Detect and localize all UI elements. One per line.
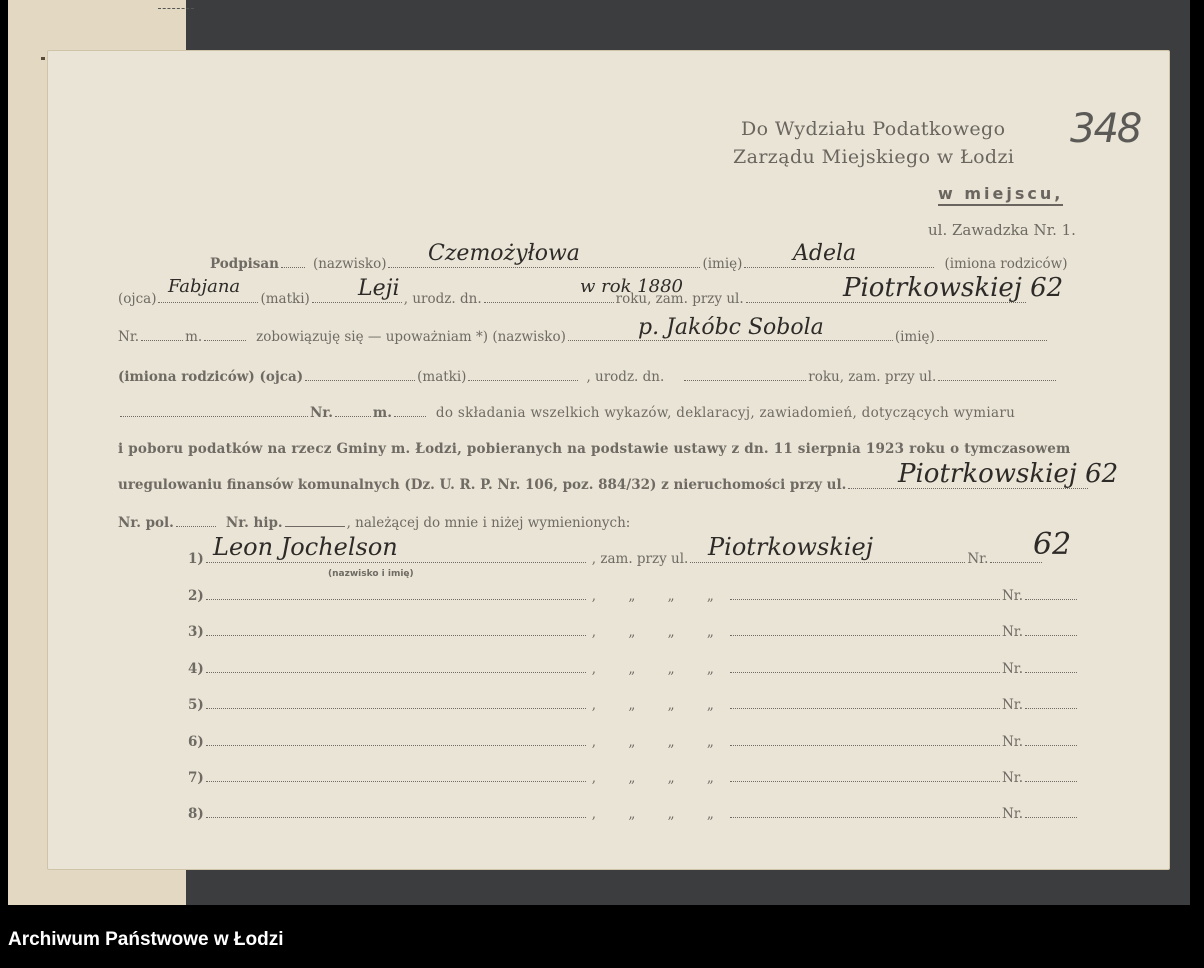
label-father: (ojca) xyxy=(118,291,156,307)
label-m: m. xyxy=(185,329,202,345)
form-row-4: (imiona rodziców) (ojca) (matki) , urodz… xyxy=(118,369,1058,385)
label-mother: (matki) xyxy=(260,291,309,307)
form-row-8: Nr. pol. Nr. hip. , należącej do mnie i … xyxy=(118,515,630,531)
form-row-3: Nr. m. zobowiązuję się — upoważniam *) (… xyxy=(118,329,1049,345)
entry-nr-label: Nr. xyxy=(1002,624,1023,640)
entry-nr-label: Nr. xyxy=(1002,806,1023,822)
header-address: ul. Zawadzka Nr. 1. xyxy=(928,221,1076,239)
entry-nr-field[interactable] xyxy=(1025,744,1077,746)
text-legal-basis: i poboru podatków na rzecz Gminy m. Łodz… xyxy=(118,441,1071,457)
list-item: 3), „ „ „Nr. xyxy=(188,624,1079,640)
entry-address-label: , „ „ „ xyxy=(592,697,728,713)
entry-index: 8) xyxy=(188,806,204,822)
entry-name-field[interactable] xyxy=(206,744,586,746)
field-father[interactable]: Fabjana xyxy=(168,276,240,297)
list-item: 4), „ „ „Nr. xyxy=(188,661,1079,677)
label-nr-pol: Nr. pol. xyxy=(118,515,174,531)
label-name: (imię) xyxy=(702,256,742,272)
entry-address-label: , „ „ „ xyxy=(592,661,728,677)
entry-street-field[interactable] xyxy=(730,816,1000,818)
label-proxy-name: (imię) xyxy=(895,329,935,345)
entry-name-field[interactable] xyxy=(206,816,586,818)
field-surname[interactable]: Czemożyłowa xyxy=(428,241,580,266)
entry-nr-field[interactable] xyxy=(1025,780,1077,782)
form-row-5: Nr. m. do składania wszelkich wykazów, d… xyxy=(118,405,1015,421)
entry-address-label: , „ „ „ xyxy=(592,770,728,786)
entry-address-label: , „ „ „ xyxy=(592,734,728,750)
label-proxy-mother: (matki) xyxy=(417,369,466,385)
entry-nr-field[interactable] xyxy=(1025,634,1077,636)
entry-nr-label: Nr. xyxy=(967,551,988,567)
header-line-1: Do Wydziału Podatkowego xyxy=(741,118,1005,140)
label-proxy-m: m. xyxy=(373,405,392,421)
entry-street-field[interactable] xyxy=(730,707,1000,709)
entry-street-field[interactable] xyxy=(730,671,1000,673)
header-line-2: Zarządu Miejskiego w Łodzi xyxy=(733,146,1014,168)
entry-index: 3) xyxy=(188,624,204,640)
label-signed: Podpisan xyxy=(210,256,279,272)
entry-address-label: , „ „ „ xyxy=(592,806,728,822)
tax-form-card: Do Wydziału Podatkowego Zarządu Miejskie… xyxy=(47,50,1170,870)
entry-index: 7) xyxy=(188,770,204,786)
list-item: 8), „ „ „Nr. xyxy=(188,806,1079,822)
label-proxy-nr: Nr. xyxy=(310,405,333,421)
label-proxy-father: (imiona rodziców) (ojca) xyxy=(118,369,303,385)
entry-index: 2) xyxy=(188,588,204,604)
entry-nr-field[interactable] xyxy=(1025,816,1077,818)
text-owners-intro: , należącej do mnie i niżej wymienionych… xyxy=(347,515,631,531)
entry-nr-label: Nr. xyxy=(1002,770,1023,786)
header-stamp: w miejscu, xyxy=(938,184,1063,206)
form-row-6: i poboru podatków na rzecz Gminy m. Łodz… xyxy=(118,441,1071,457)
entry-name-field[interactable] xyxy=(206,707,586,709)
label-born: , urodz. dn. xyxy=(404,291,482,307)
entry-1-sublabel: (nazwisko i imię) xyxy=(328,569,414,579)
entry-index: 4) xyxy=(188,661,204,677)
entry-address-label: , zam. przy ul. xyxy=(592,551,689,567)
list-item: 2), „ „ „Nr. xyxy=(188,588,1079,604)
entry-street-field[interactable] xyxy=(730,780,1000,782)
dashed-mark xyxy=(158,8,194,9)
field-property-street[interactable]: Piotrkowskiej 62 xyxy=(898,459,1118,489)
entry-nr-field[interactable] xyxy=(1025,671,1077,673)
label-nr: Nr. xyxy=(118,329,139,345)
field-proxy-surname[interactable]: p. Jakóbc Sobola xyxy=(638,315,824,340)
label-nr-hip: Nr. hip. xyxy=(226,515,283,531)
text-property: uregulowaniu finansów komunalnych (Dz. U… xyxy=(118,477,846,493)
list-item: 5), „ „ „Nr. xyxy=(188,697,1079,713)
entry-nr-field[interactable] xyxy=(1025,598,1077,600)
field-mother[interactable]: Leji xyxy=(358,276,400,301)
entry-index: 5) xyxy=(188,697,204,713)
label-commit: zobowiązuję się — upoważniam *) (nazwisk… xyxy=(256,329,566,345)
archive-caption: Archiwum Państwowe w Łodzi xyxy=(8,929,284,951)
entry-nr-label: Nr. xyxy=(1002,734,1023,750)
entry-nr-field[interactable] xyxy=(1025,707,1077,709)
entry-nr-label: Nr. xyxy=(1002,661,1023,677)
entry-address-label: , „ „ „ xyxy=(592,624,728,640)
label-parents: (imiona rodziców) xyxy=(944,256,1067,272)
list-item: 7), „ „ „Nr. xyxy=(188,770,1079,786)
entry-1-street[interactable]: Piotrkowskiej xyxy=(708,533,873,561)
entry-index: 6) xyxy=(188,734,204,750)
entry-1-name[interactable]: Leon Jochelson xyxy=(213,533,398,561)
label-proxy-born: , urodz. dn. xyxy=(586,369,664,385)
entry-address-label: , „ „ „ xyxy=(592,588,728,604)
field-street[interactable]: Piotrkowskiej 62 xyxy=(843,273,1063,303)
field-birth-date[interactable]: w rok 1880 xyxy=(580,276,683,297)
text-authorization: do składania wszelkich wykazów, deklarac… xyxy=(436,405,1015,421)
entry-street-field[interactable] xyxy=(730,744,1000,746)
entry-name-field[interactable] xyxy=(206,634,586,636)
entry-name-field[interactable] xyxy=(206,561,586,563)
entry-nr-label: Nr. xyxy=(1002,588,1023,604)
field-name[interactable]: Adela xyxy=(793,241,856,266)
entry-street-field[interactable] xyxy=(730,634,1000,636)
entry-name-field[interactable] xyxy=(206,671,586,673)
entry-index: 1) xyxy=(188,551,204,567)
entry-street-field[interactable] xyxy=(730,598,1000,600)
list-item: 6), „ „ „Nr. xyxy=(188,734,1079,750)
entry-name-field[interactable] xyxy=(206,780,586,782)
entry-nr-label: Nr. xyxy=(1002,697,1023,713)
entry-name-field[interactable] xyxy=(206,598,586,600)
entry-street-field[interactable] xyxy=(690,561,965,563)
entry-1-nr[interactable]: 62 xyxy=(1033,527,1071,562)
label-surname: (nazwisko) xyxy=(313,256,387,272)
handwritten-page-number: 348 xyxy=(1070,106,1140,152)
ink-mark xyxy=(41,57,45,60)
label-proxy-street: roku, zam. przy ul. xyxy=(808,369,936,385)
form-row-1: Podpisan (nazwisko) (imię) (imiona rodzi… xyxy=(210,256,1067,272)
